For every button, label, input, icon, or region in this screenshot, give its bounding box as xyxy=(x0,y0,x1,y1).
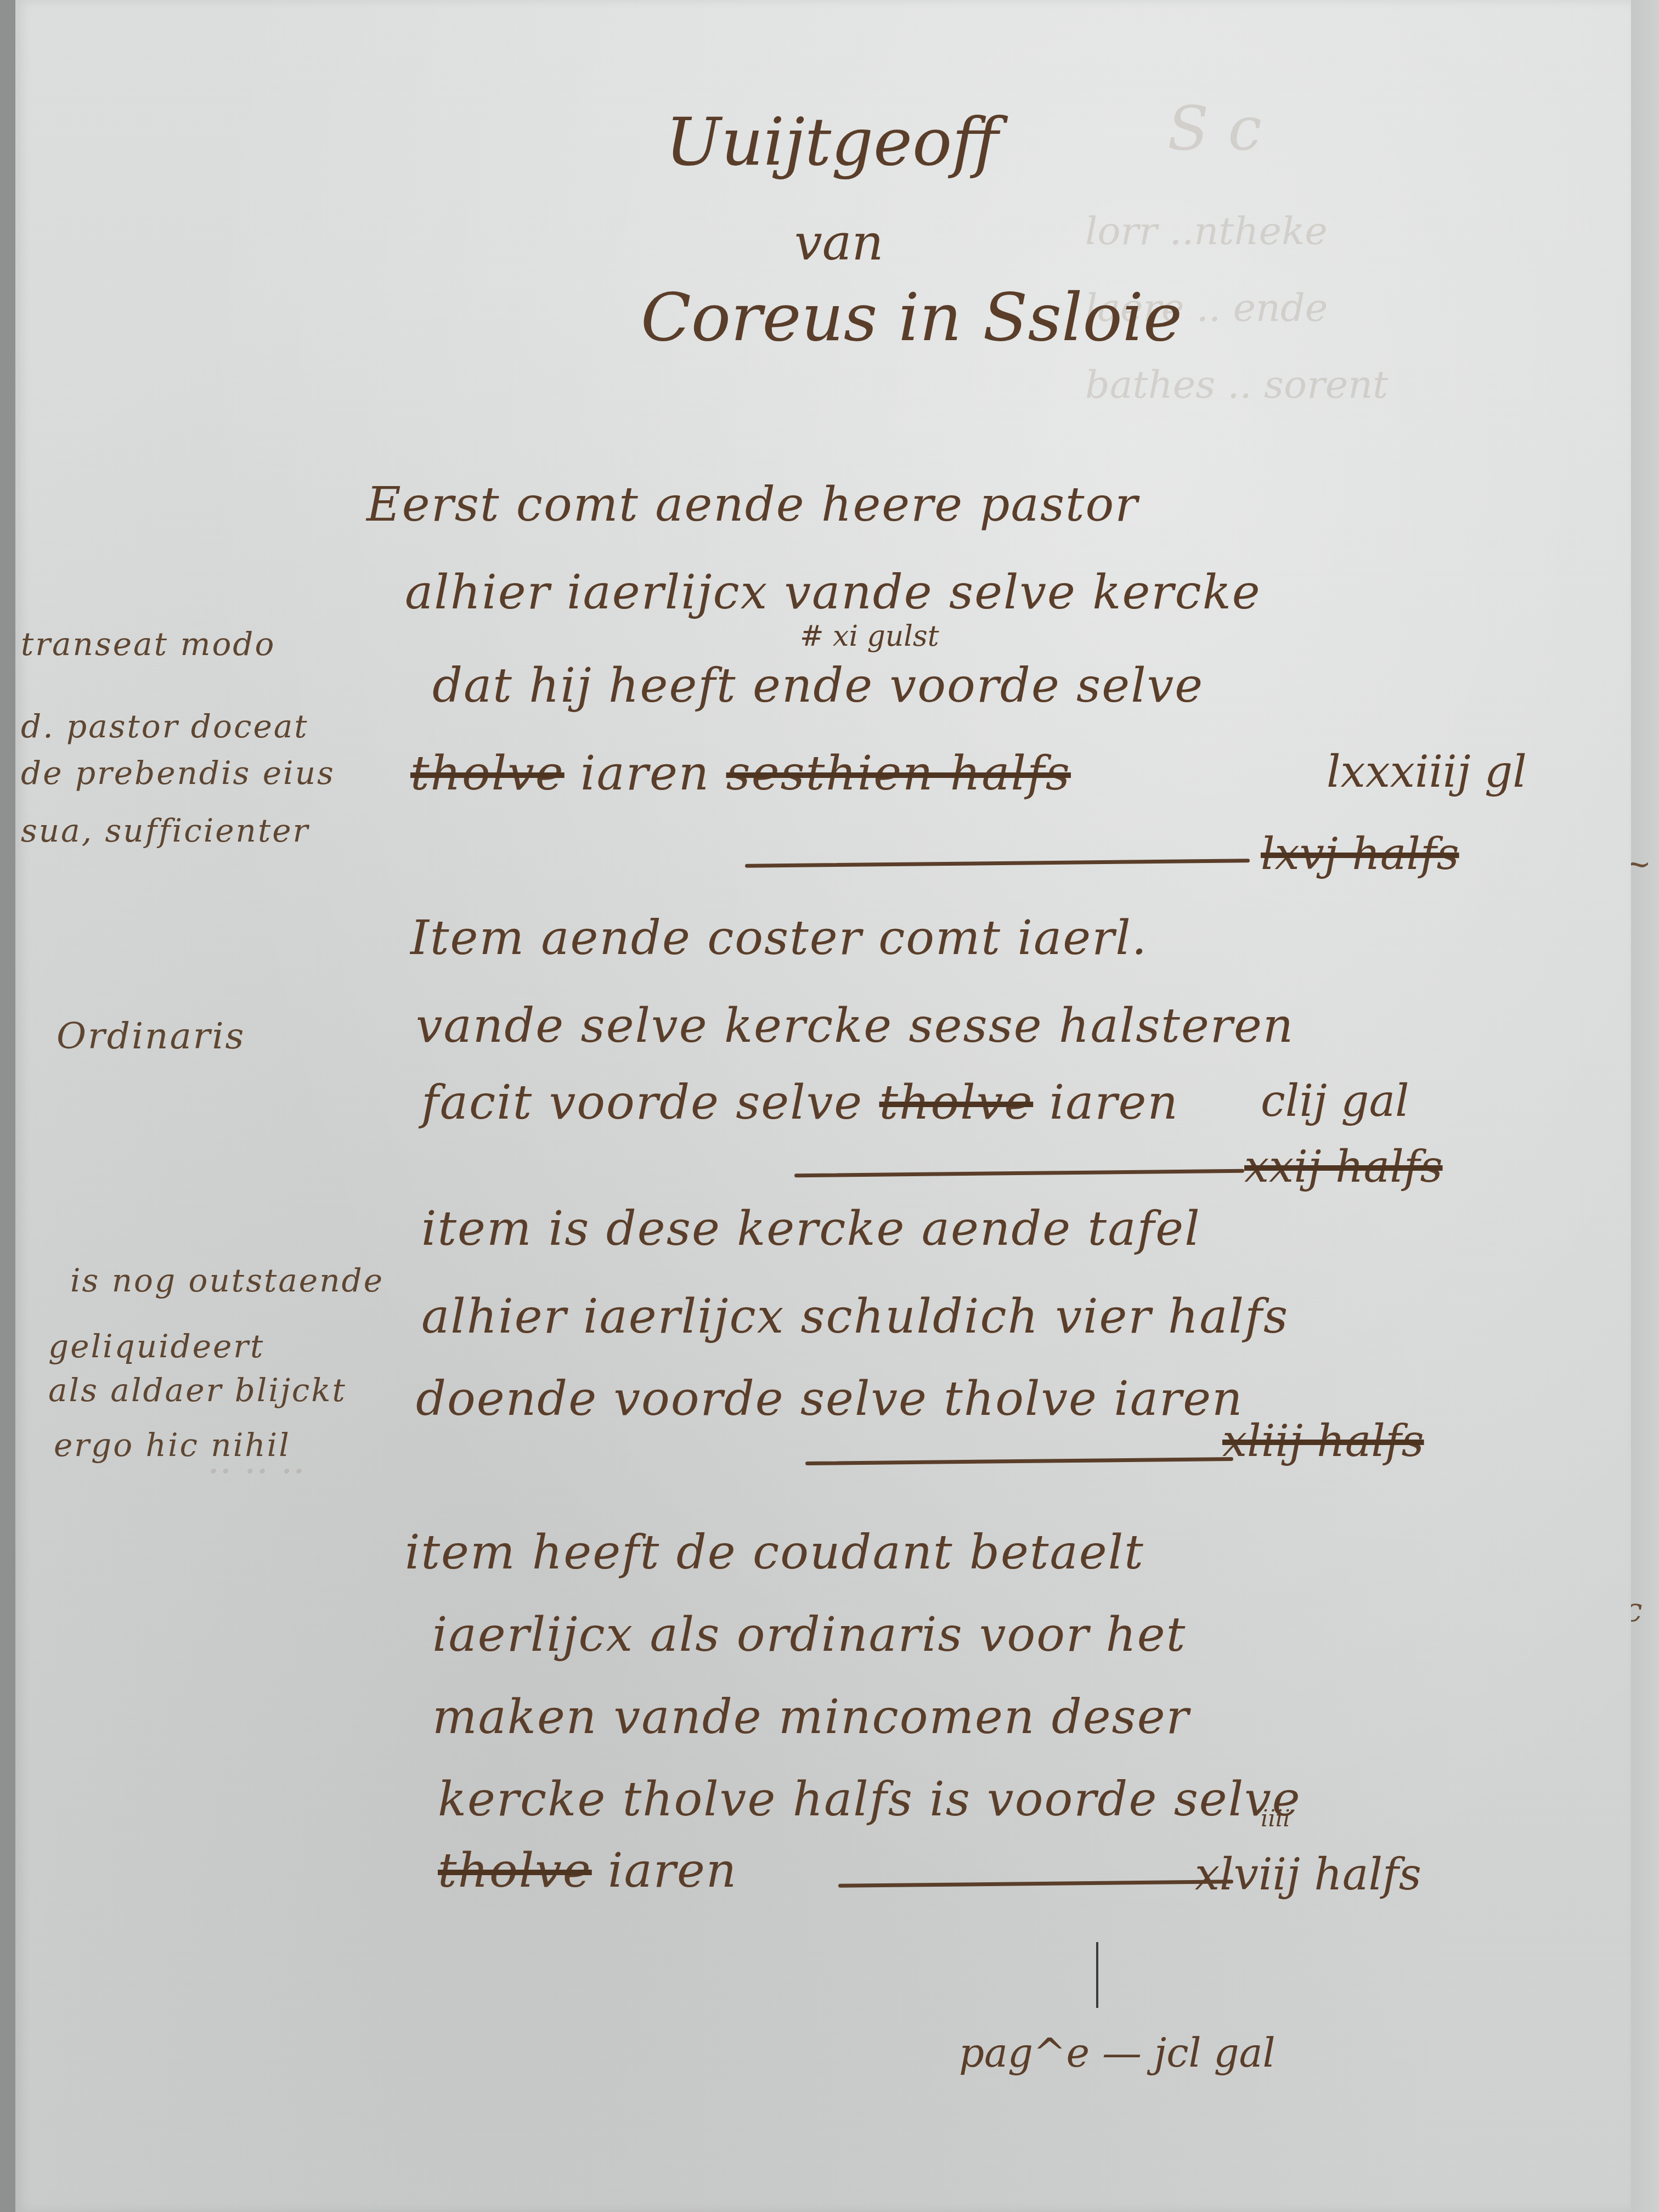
document-title-line-1: Uuijtgeoff xyxy=(665,104,998,180)
interlinear-note: # xi gulst xyxy=(800,620,939,653)
entry-line: Eerst comt aende heere pastor xyxy=(366,477,1138,532)
entry-line: iaerlijcx als ordinaris voor het xyxy=(432,1607,1186,1662)
entry-line: doende voorde selve tholve iaren xyxy=(416,1372,1244,1426)
page-total-label: pag^e xyxy=(959,2030,1090,2076)
entry-word: iaren xyxy=(1049,1075,1179,1130)
entry-amount: clij gal xyxy=(1261,1075,1409,1126)
entry-line: item heeft de coudant betaelt xyxy=(405,1525,1144,1580)
struck-amount: xxij halfs xyxy=(1244,1141,1443,1192)
entry-line: alhier iaerlijcx schuldich vier halfs xyxy=(421,1289,1289,1344)
entry-line: tholve iaren xyxy=(438,1843,737,1898)
entry-word: iaren xyxy=(608,1843,737,1898)
manuscript-page: S c lorr ..ntheke laere .. ende bathes .… xyxy=(15,0,1631,2212)
entry-amount: xlviij halfs xyxy=(1195,1849,1421,1900)
margin-line: ergo hic nihil xyxy=(54,1426,291,1464)
bleed-through-text: S c xyxy=(1167,93,1262,163)
struck-amount: lxvj halfs xyxy=(1261,828,1459,879)
margin-note-ordinaris: Ordinaris xyxy=(57,1015,245,1057)
struck-word: sesthien halfs xyxy=(726,746,1071,801)
struck-word: tholve xyxy=(410,746,565,801)
margin-line: d. pastor doceat xyxy=(21,708,309,745)
entry-line: item is dese kercke aende tafel xyxy=(421,1201,1201,1256)
margin-line: is nog outstaende xyxy=(70,1262,384,1299)
margin-line: sua, sufficienter xyxy=(21,812,309,849)
page-total-dash: — xyxy=(1102,2030,1142,2076)
total-rule xyxy=(745,859,1250,868)
bleed-through-text: lorr ..ntheke xyxy=(1085,208,1328,253)
entry-line: kercke tholve halfs is voorde selve xyxy=(438,1772,1301,1827)
entry-line: alhier iaerlijcx vande selve kercke xyxy=(405,565,1261,620)
struck-word: tholve xyxy=(438,1843,592,1898)
entry-amount: lxxxiiij gl xyxy=(1327,746,1527,797)
total-rule xyxy=(838,1880,1233,1888)
entry-line: tholve iaren sesthien halfs xyxy=(410,746,1071,801)
entry-line: dat hij heeft ende voorde selve xyxy=(432,658,1204,713)
margin-line: geliquideert xyxy=(48,1328,264,1365)
total-rule xyxy=(805,1457,1233,1465)
document-title-line-3: Coreus in Ssloie xyxy=(641,280,1182,356)
total-rule xyxy=(794,1169,1244,1178)
page-total-value: jcl gal xyxy=(1154,2030,1276,2076)
struck-word: tholve xyxy=(879,1075,1034,1130)
margin-line: de prebendis eius xyxy=(21,754,335,792)
entry-word: iaren xyxy=(580,746,710,801)
entry-word: facit voorde selve xyxy=(421,1075,863,1130)
document-title-line-2: van xyxy=(794,214,883,272)
struck-amount: xliij halfs xyxy=(1222,1415,1424,1466)
entry-line: maken vande mincomen deser xyxy=(432,1690,1190,1745)
entry-line: Item aende coster comt iaerl. xyxy=(410,911,1148,966)
pencil-mark xyxy=(1096,1942,1098,2008)
margin-line: transeat modo xyxy=(21,625,275,663)
entry-line: vande selve kercke sesse halsteren xyxy=(416,998,1294,1053)
page-total: pag^e — jcl gal xyxy=(959,2030,1275,2076)
bleed-through-text: bathes .. sorent xyxy=(1085,362,1388,407)
amount-superscript: iiii xyxy=(1261,1805,1290,1832)
margin-line: als aldaer blijckt xyxy=(48,1372,347,1409)
entry-line: facit voorde selve tholve iaren xyxy=(421,1075,1179,1130)
